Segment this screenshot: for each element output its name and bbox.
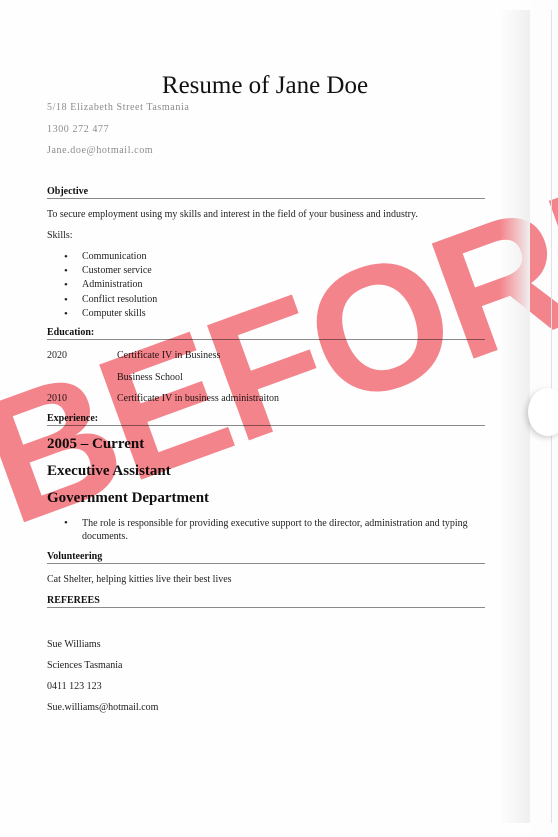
referee-email: Sue.williams@hotmail.com	[47, 702, 158, 713]
referees-heading: REFEREES	[47, 595, 485, 608]
skill-item: Administration	[64, 278, 157, 292]
skill-item: Customer service	[64, 264, 157, 278]
volunteering-heading: Volunteering	[47, 551, 485, 564]
education-year: 2020	[47, 350, 67, 361]
skills-list: Communication Customer service Administr…	[64, 250, 157, 321]
skill-item: Computer skills	[64, 307, 157, 321]
experience-bullet: • The role is responsible for providing …	[64, 517, 474, 543]
resume-page: Resume of Jane Doe 5/18 Elizabeth Street…	[0, 0, 530, 837]
experience-employer: Government Department	[47, 490, 209, 507]
skill-item: Conflict resolution	[64, 293, 157, 307]
experience-bullet-text: The role is responsible for providing ex…	[64, 517, 474, 543]
scroll-handle[interactable]	[528, 388, 558, 436]
page-edge-shadow	[500, 10, 530, 823]
education-desc: Certificate IV in Business	[117, 350, 220, 361]
bullet-icon: •	[64, 517, 68, 530]
skills-heading: Skills:	[47, 230, 73, 241]
contact-address: 5/18 Elizabeth Street Tasmania	[47, 102, 189, 113]
contact-email: Jane.doe@hotmail.com	[47, 145, 153, 156]
referee-name: Sue Williams	[47, 639, 101, 650]
resume-title: Resume of Jane Doe	[0, 72, 530, 100]
contact-phone: 1300 272 477	[47, 124, 109, 135]
objective-heading: Objective	[47, 186, 485, 199]
education-desc: Business School	[117, 372, 183, 383]
skill-item: Communication	[64, 250, 157, 264]
education-heading: Education:	[47, 327, 485, 340]
education-desc: Certificate IV in business administraito…	[117, 393, 279, 404]
resume-title-text: Resume of Jane Doe	[162, 72, 368, 99]
volunteering-text: Cat Shelter, helping kitties live their …	[47, 574, 232, 585]
referee-org: Sciences Tasmania	[47, 660, 122, 671]
education-year: 2010	[47, 393, 67, 404]
experience-role: Executive Assistant	[47, 463, 171, 480]
referee-phone: 0411 123 123	[47, 681, 102, 692]
experience-heading: Experience:	[47, 413, 485, 426]
experience-period: 2005 – Current	[47, 436, 144, 453]
objective-text: To secure employment using my skills and…	[47, 209, 418, 220]
